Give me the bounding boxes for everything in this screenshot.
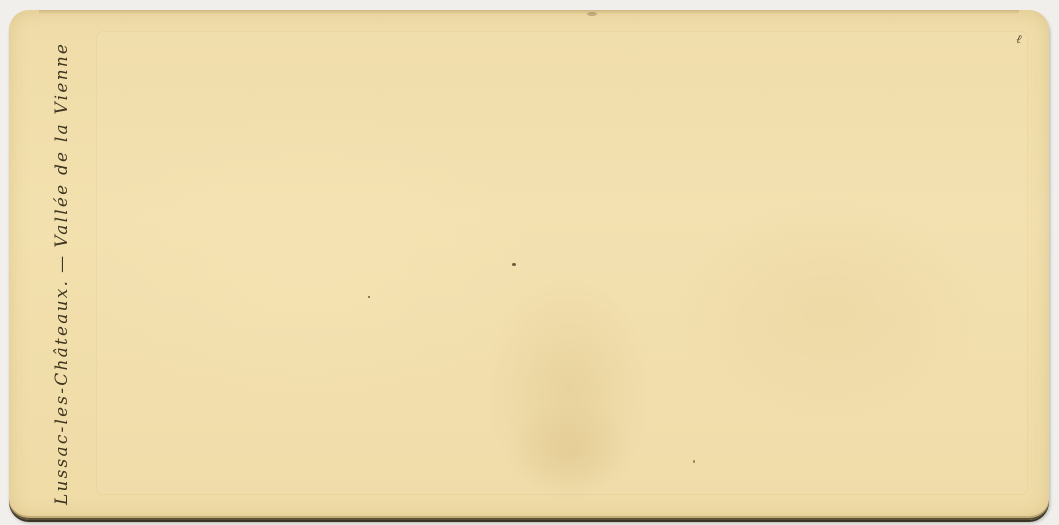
caption-region: Vallée de la Vienne (52, 42, 72, 248)
caption-separator: — (52, 254, 72, 273)
card-blank-area (97, 32, 1027, 494)
ink-speck (368, 296, 370, 298)
photo-scene: ℓ Lussac-les-Châteaux.—Vallée de la Vien… (0, 0, 1059, 525)
caption-place: Lussac-les-Châteaux. (52, 279, 72, 505)
stereoview-card-back: ℓ (9, 10, 1049, 520)
ink-speck (693, 460, 695, 463)
card-top-edge-wear (39, 10, 1019, 14)
ink-speck (587, 12, 597, 16)
handwritten-caption: Lussac-les-Châteaux.—Vallée de la Vienne (52, 42, 72, 505)
ink-speck (512, 263, 516, 266)
